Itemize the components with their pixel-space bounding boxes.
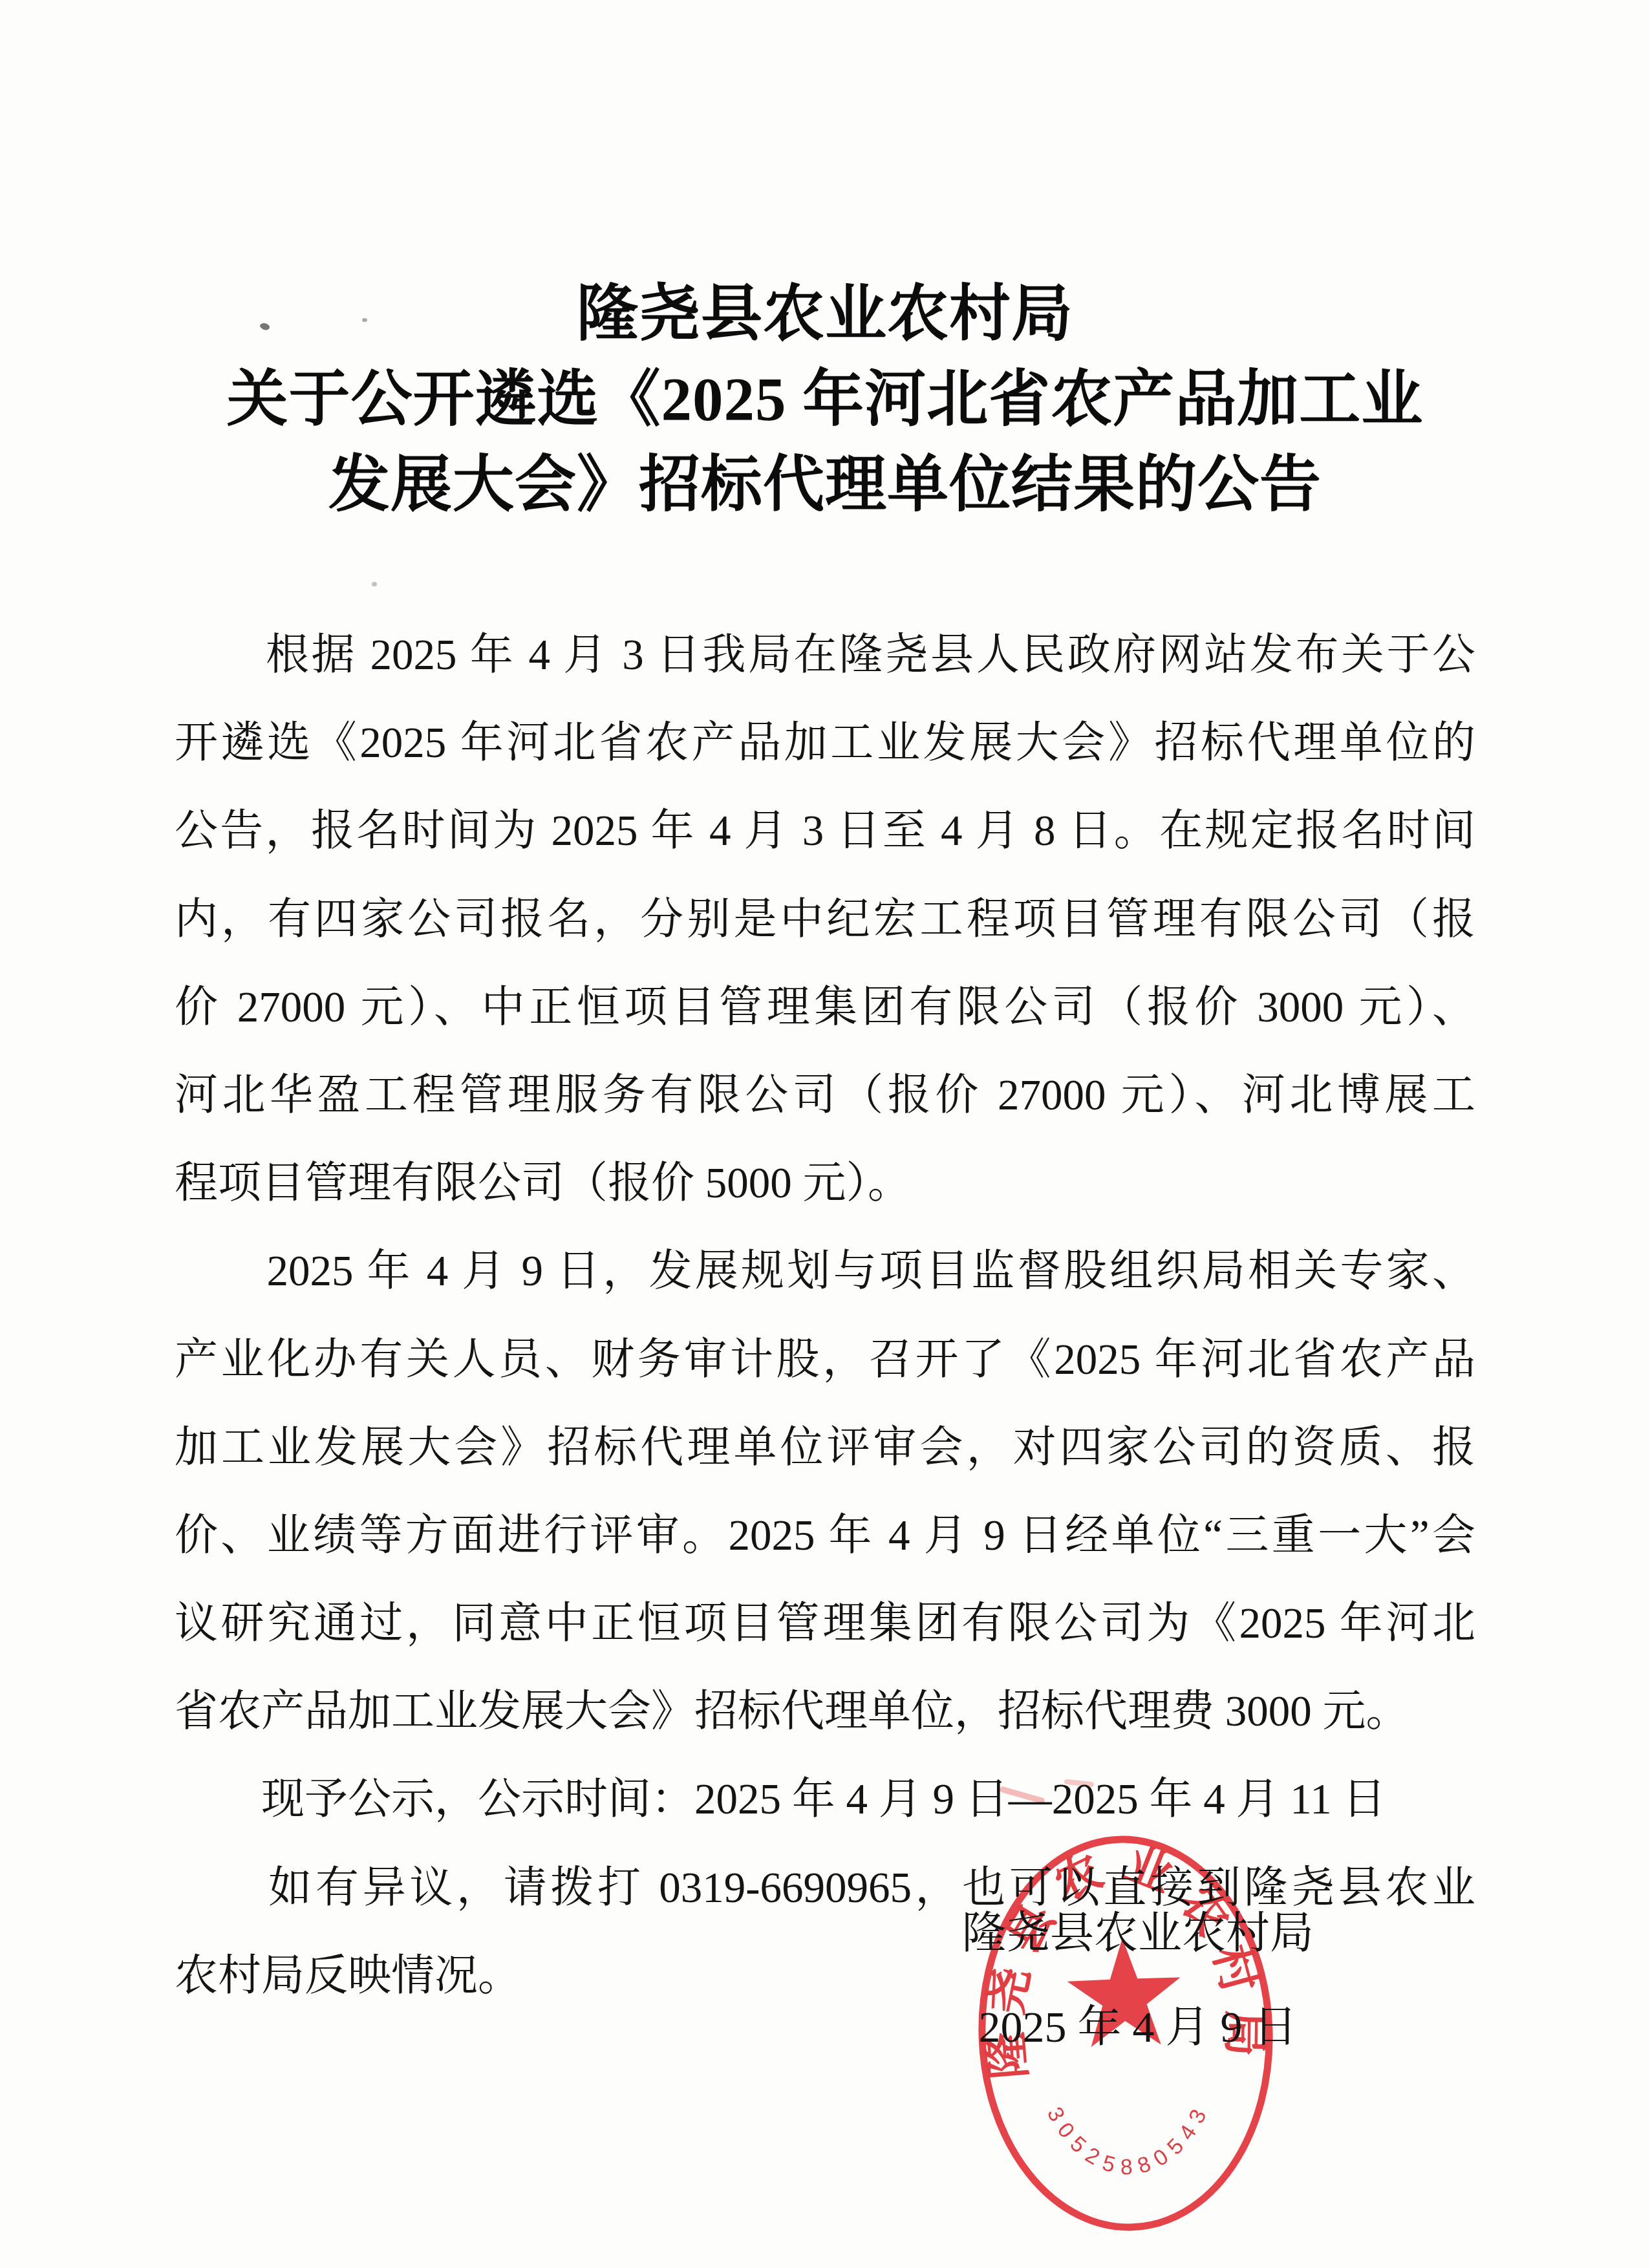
body-line: 议研究通过，同意中正恒项目管理集团有限公司为《2025 年河北 bbox=[175, 1579, 1475, 1667]
signature-org: 隆尧县农业农村局 bbox=[957, 1907, 1319, 1959]
body-line: 程项目管理有限公司（报价 5000 元）。 bbox=[175, 1139, 1475, 1227]
signature-date: 2025 年 4 月 9 日 bbox=[957, 2001, 1319, 2053]
title-line-1: 隆尧县农业农村局 bbox=[0, 272, 1650, 357]
body-line: 河北华盈工程管理服务有限公司（报价 27000 元）、河北博展工 bbox=[175, 1051, 1475, 1139]
body-line: 价、业绩等方面进行评审。2025 年 4 月 9 日经单位“三重一大”会 bbox=[175, 1492, 1475, 1579]
body-line: 产业化办有关人员、财务审计股，召开了《2025 年河北省农产品 bbox=[175, 1316, 1475, 1404]
body-line: 现予公示，公示时间：2025 年 4 月 9 日—2025 年 4 月 11 日 bbox=[175, 1755, 1475, 1843]
body-line: 开遴选《2025 年河北省农产品加工业发展大会》招标代理单位的 bbox=[175, 699, 1475, 787]
title-line-3: 发展大会》招标代理单位结果的公告 bbox=[0, 442, 1650, 528]
body-line: 价 27000 元）、中正恒项目管理集团有限公司（报价 3000 元）、 bbox=[175, 963, 1475, 1051]
title-line-2: 关于公开遴选《2025 年河北省农产品加工业 bbox=[0, 357, 1650, 442]
body-line: 2025 年 4 月 9 日，发展规划与项目监督股组织局相关专家、 bbox=[175, 1227, 1475, 1315]
body-line: 省农产品加工业发展大会》招标代理单位，招标代理费 3000 元。 bbox=[175, 1667, 1475, 1755]
body-line: 公告，报名时间为 2025 年 4 月 3 日至 4 月 8 日。在规定报名时间 bbox=[175, 787, 1475, 875]
body-line: 加工业发展大会》招标代理单位评审会，对四家公司的资质、报 bbox=[175, 1404, 1475, 1492]
document-body: 根据 2025 年 4 月 3 日我局在隆尧县人民政府网站发布关于公 开遴选《2… bbox=[175, 611, 1475, 2020]
scan-speck bbox=[362, 318, 367, 322]
body-line: 根据 2025 年 4 月 3 日我局在隆尧县人民政府网站发布关于公 bbox=[175, 611, 1475, 699]
document-page: 隆尧县农业农村局 关于公开遴选《2025 年河北省农产品加工业 发展大会》招标代… bbox=[0, 0, 1650, 2268]
scan-speck bbox=[372, 582, 377, 586]
document-title: 隆尧县农业农村局 关于公开遴选《2025 年河北省农产品加工业 发展大会》招标代… bbox=[0, 272, 1650, 528]
body-line: 内，有四家公司报名，分别是中纪宏工程项目管理有限公司（报 bbox=[175, 875, 1475, 963]
